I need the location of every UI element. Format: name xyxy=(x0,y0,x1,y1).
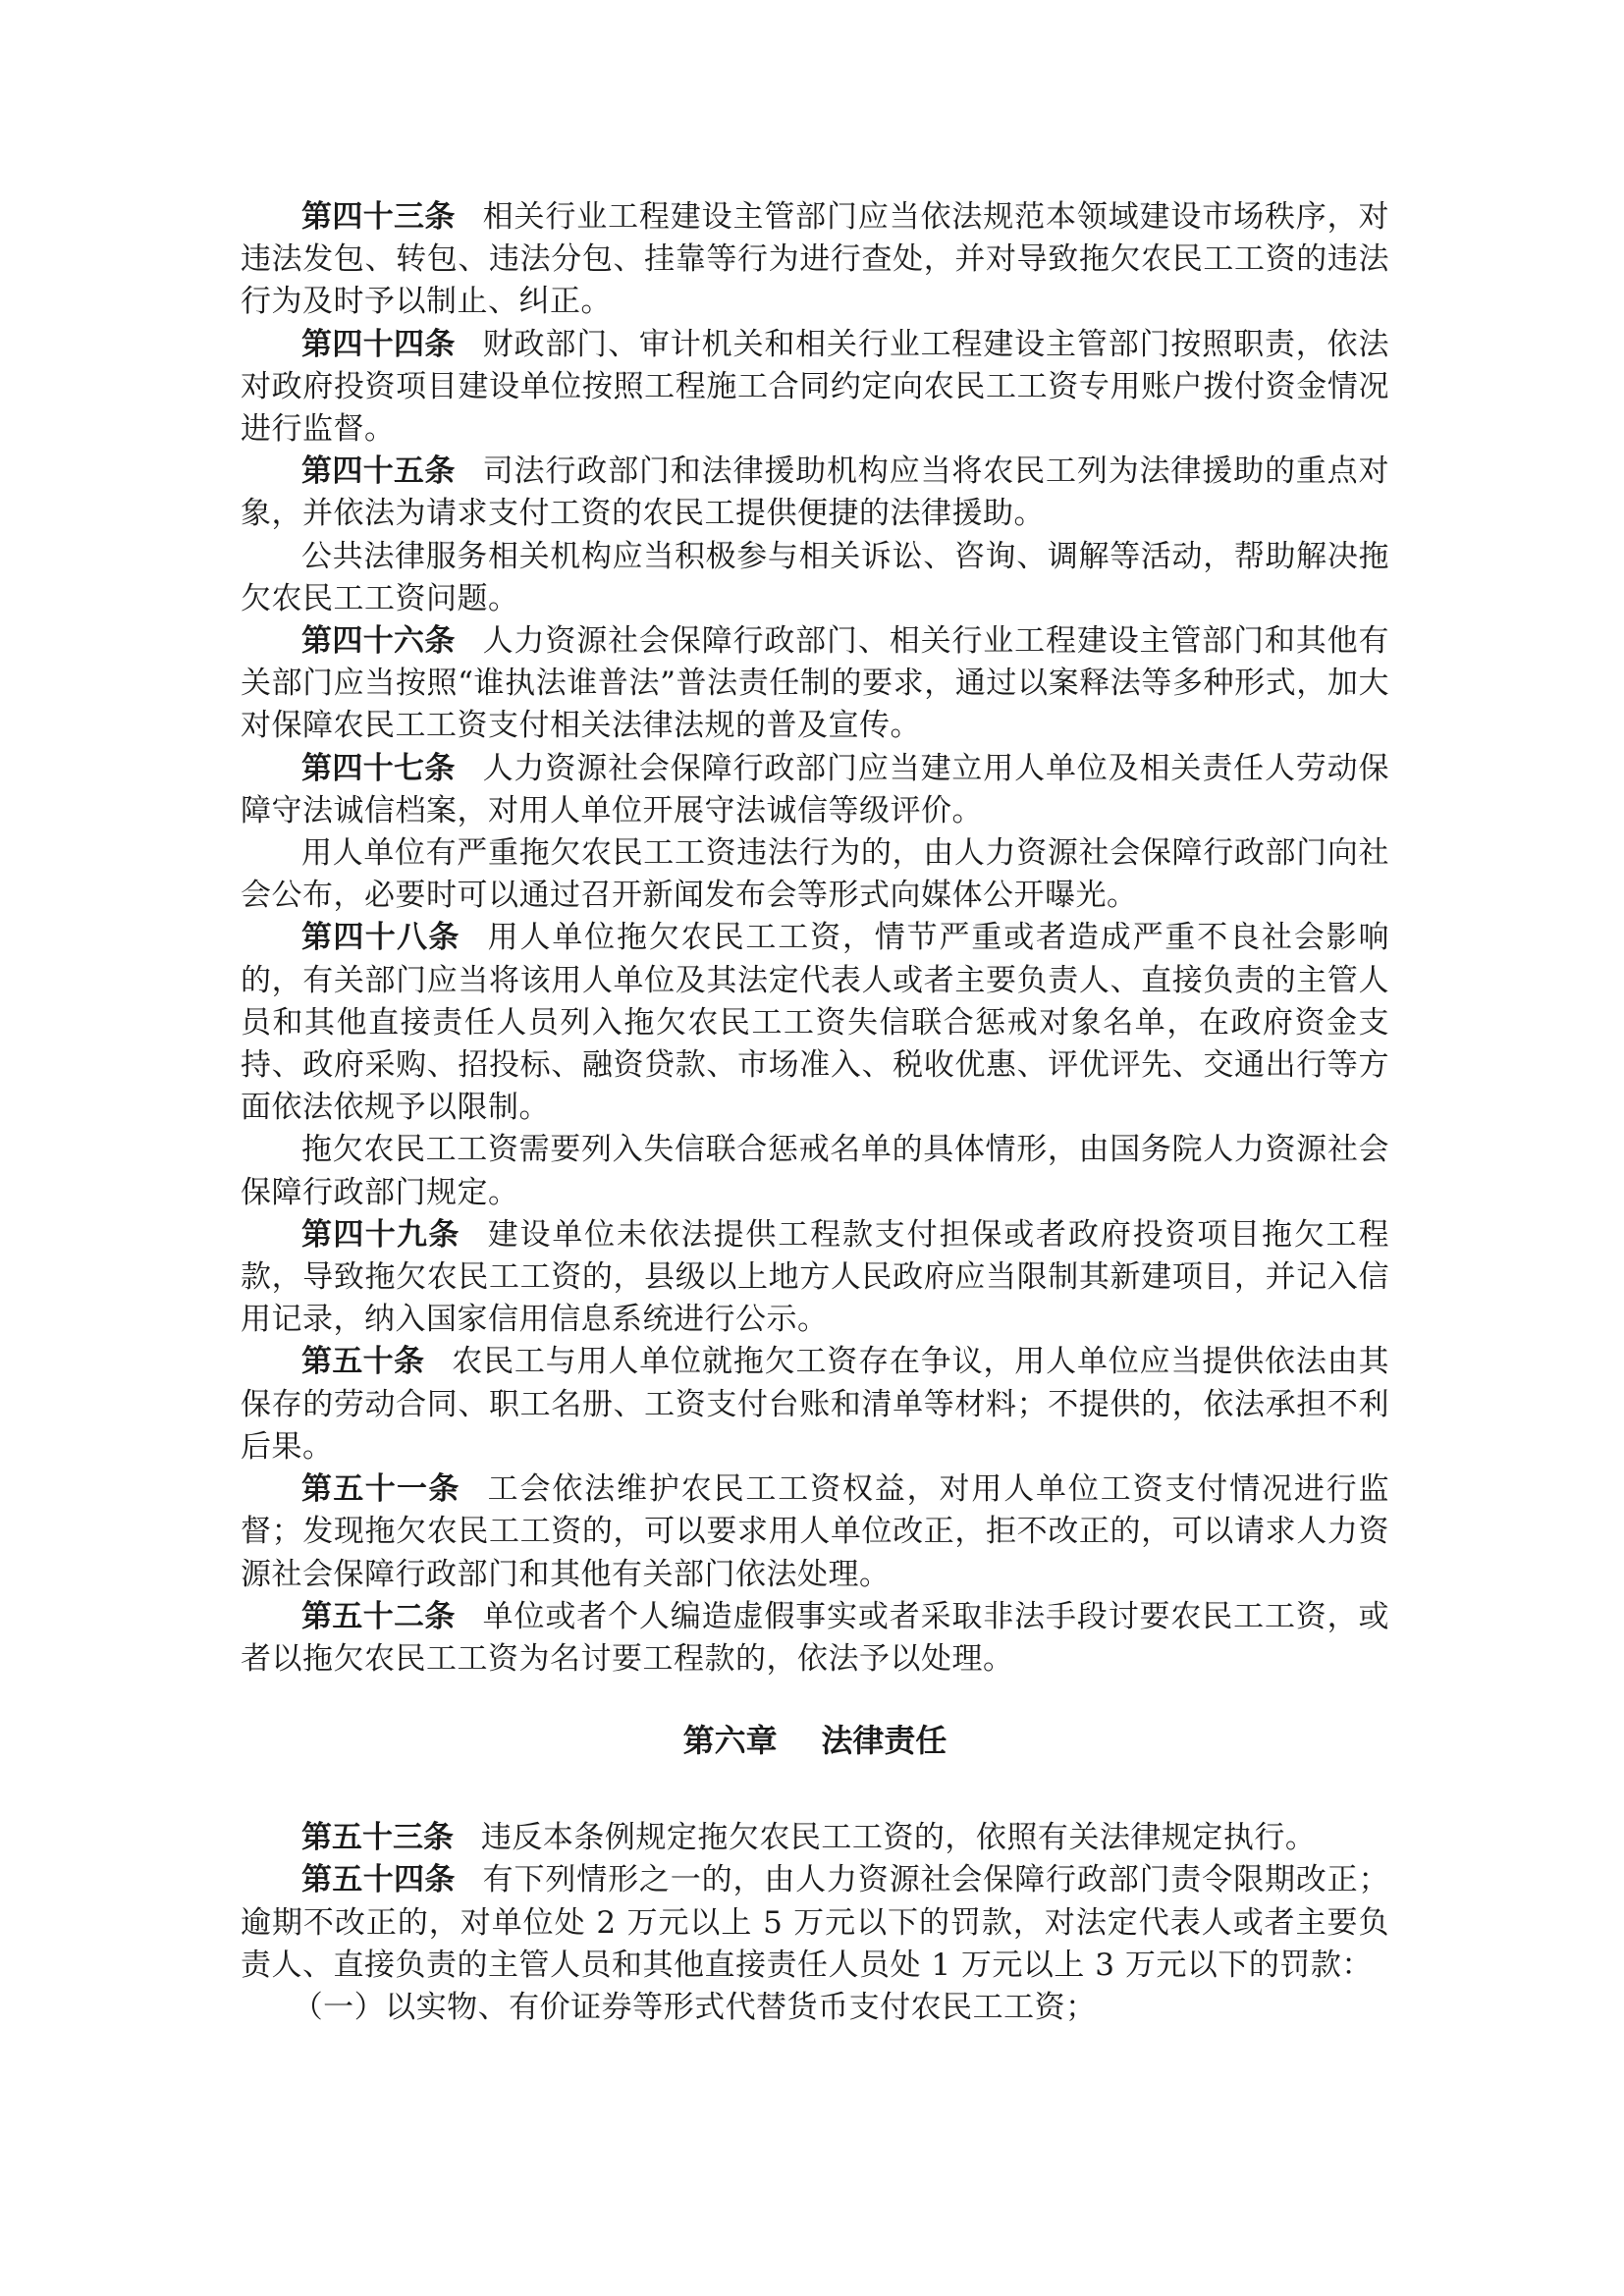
article-number: 第五十四条 xyxy=(301,1862,456,1897)
article-number: 第四十三条 xyxy=(301,199,456,235)
article-number: 第四十九条 xyxy=(301,1217,460,1253)
article-number: 第四十五条 xyxy=(301,454,456,489)
article-number: 第四十六条 xyxy=(301,623,456,659)
article-45-paragraph-2: 公共法律服务相关机构应当积极参与相关诉讼、咨询、调解等活动，帮助解决拖欠农民工工… xyxy=(241,536,1389,620)
article-number: 第五十条 xyxy=(301,1344,424,1379)
item-text: （一）以实物、有价证券等形式代替货币支付农民工工资； xyxy=(293,1990,1097,2025)
article-49: 第四十九条建设单位未依法提供工程款支付担保或者政府投资项目拖欠工程款，导致拖欠农… xyxy=(241,1214,1389,1342)
article-number: 第五十三条 xyxy=(301,1820,454,1855)
article-54-item-1: （一）以实物、有价证券等形式代替货币支付农民工工资； xyxy=(241,1987,1389,2029)
chapter-title: 法律责任 xyxy=(821,1722,947,1759)
paragraph-text: 用人单位有严重拖欠农民工工资违法行为的，由人力资源社会保障行政部门向社会公布，必… xyxy=(241,835,1389,913)
paragraph-text: 拖欠农民工工资需要列入失信联合惩戒名单的具体情形，由国务院人力资源社会保障行政部… xyxy=(241,1132,1389,1209)
article-46: 第四十六条人力资源社会保障行政部门、相关行业工程建设主管部门和其他有关部门应当按… xyxy=(241,620,1389,748)
article-48-paragraph-2: 拖欠农民工工资需要列入失信联合惩戒名单的具体情形，由国务院人力资源社会保障行政部… xyxy=(241,1129,1389,1213)
article-47: 第四十七条人力资源社会保障行政部门应当建立用人单位及相关责任人劳动保障守法诚信档… xyxy=(241,748,1389,832)
article-43: 第四十三条相关行业工程建设主管部门应当依法规范本领域建设市场秩序，对违法发包、转… xyxy=(241,196,1389,324)
article-44: 第四十四条财政部门、审计机关和相关行业工程建设主管部门按照职责，依法对政府投资项… xyxy=(241,324,1389,452)
article-text: 违反本条例规定拖欠农民工工资的，依照有关法律规定执行。 xyxy=(481,1820,1317,1855)
document-page: 第四十三条相关行业工程建设主管部门应当依法规范本领域建设市场秩序，对违法发包、转… xyxy=(241,196,1389,2029)
article-51: 第五十一条工会依法维护农民工工资权益，对用人单位工资支付情况进行监督；发现拖欠农… xyxy=(241,1468,1389,1596)
article-number: 第四十七条 xyxy=(301,751,456,786)
article-48: 第四十八条用人单位拖欠农民工工资，情节严重或者造成严重不良社会影响的，有关部门应… xyxy=(241,917,1389,1129)
article-47-paragraph-2: 用人单位有严重拖欠农民工工资违法行为的，由人力资源社会保障行政部门向社会公布，必… xyxy=(241,832,1389,917)
article-52: 第五十二条单位或者个人编造虚假事实或者采取非法手段讨要农民工工资，或者以拖欠农民… xyxy=(241,1596,1389,1681)
article-number: 第五十一条 xyxy=(301,1471,460,1507)
article-number: 第四十八条 xyxy=(301,920,460,955)
article-45: 第四十五条司法行政部门和法律援助机构应当将农民工列为法律援助的重点对象，并依法为… xyxy=(241,451,1389,535)
article-50: 第五十条农民工与用人单位就拖欠工资存在争议，用人单位应当提供依法由其保存的劳动合… xyxy=(241,1341,1389,1468)
article-number: 第四十四条 xyxy=(301,327,456,362)
article-53: 第五十三条违反本条例规定拖欠农民工工资的，依照有关法律规定执行。 xyxy=(241,1817,1389,1859)
article-54: 第五十四条有下列情形之一的，由人力资源社会保障行政部门责令限期改正；逾期不改正的… xyxy=(241,1859,1389,1987)
chapter-number: 第六章 xyxy=(683,1722,778,1759)
article-number: 第五十二条 xyxy=(301,1599,456,1634)
paragraph-text: 公共法律服务相关机构应当积极参与相关诉讼、咨询、调解等活动，帮助解决拖欠农民工工… xyxy=(241,539,1389,616)
chapter-heading: 第六章法律责任 xyxy=(241,1720,1389,1762)
